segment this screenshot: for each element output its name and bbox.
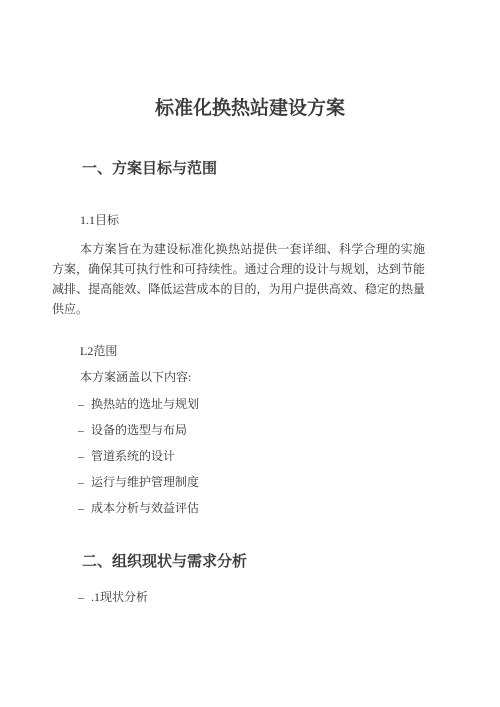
list-item-label: 设备的选型与布局: [91, 423, 187, 437]
list-item: –运行与维护管理制度: [78, 474, 500, 491]
list-item-label: 成本分析与效益评估: [91, 501, 199, 515]
section-1-heading: 一、方案目标与范围: [82, 159, 500, 178]
bullet-marker: –: [78, 474, 84, 491]
list-item: –.1现状分析: [78, 589, 500, 606]
subheading-scope: L2范围: [80, 343, 500, 360]
document-title: 标准化换热站建设方案: [0, 97, 500, 120]
list-item: –管道系统的设计: [78, 448, 500, 465]
section-2-heading: 二、组织现状与需求分析: [82, 552, 500, 571]
bullet-marker: –: [78, 448, 84, 465]
bullet-marker: –: [78, 422, 84, 439]
list-item: –成本分析与效益评估: [78, 500, 500, 517]
list-item-label: 运行与维护管理制度: [91, 475, 199, 489]
list-item: –设备的选型与布局: [78, 422, 500, 439]
document-page: 标准化换热站建设方案 一、方案目标与范围 1.1目标 本方案旨在为建设标准化换热…: [0, 0, 500, 707]
list-item: –换热站的选址与规划: [78, 396, 500, 413]
list-item-label: .1现状分析: [91, 590, 148, 604]
list-item-label: 管道系统的设计: [91, 449, 175, 463]
bullet-marker: –: [78, 589, 84, 606]
paragraph-goal: 本方案旨在为建设标准化换热站提供一套详细、科学合理的实施方案，确保其可执行性和可…: [52, 239, 425, 319]
list-item-label: 换热站的选址与规划: [91, 397, 199, 411]
list-intro: 本方案涵盖以下内容:: [80, 369, 500, 386]
bullet-marker: –: [78, 396, 84, 413]
bullet-marker: –: [78, 500, 84, 517]
subheading-goal: 1.1目标: [80, 212, 500, 229]
